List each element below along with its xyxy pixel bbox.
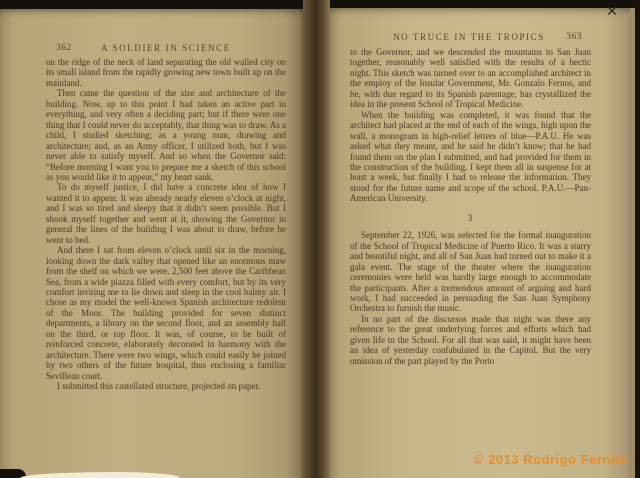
section-number: 3 [350,213,591,223]
paragraph: Then came the question of the size and a… [46,88,286,182]
book-photo: 362 A SOLDIER IN SCIENCE on the ridge of… [0,0,640,478]
paragraph: And there I sat from eleven o’clock unti… [46,245,286,381]
paragraph: In no part of the discursos made that ni… [350,314,591,366]
paragraph: to the Governor, and we descended the mo… [350,47,591,110]
paragraph: When the building was completed, it was … [350,110,591,204]
copyright-watermark: © 2013 Rodrigo Fernós [474,452,640,470]
right-page-number: 363 [566,32,582,42]
left-running-title: A SOLDIER IN SCIENCE [46,43,286,53]
paragraph: I submitted this castellated structure, … [46,381,286,391]
paragraph: September 22, 1926, was selected for the… [350,230,591,314]
right-page-header: NO TRUCE IN THE TROPICS 363 [350,32,588,44]
book-gutter [303,0,330,478]
paragraph: on the ridge of the neck of land separat… [46,57,286,88]
photo-right-edge [635,0,640,478]
left-page-body: on the ridge of the neck of land separat… [46,57,286,392]
left-page-header: 362 A SOLDIER IN SCIENCE [46,43,286,55]
paragraph: To do myself justice, I did have a concr… [46,182,286,245]
right-running-title: NO TRUCE IN THE TROPICS [350,32,588,42]
right-page-body: to the Governor, and we descended the mo… [350,47,591,366]
close-icon[interactable]: ✕ [603,2,621,20]
